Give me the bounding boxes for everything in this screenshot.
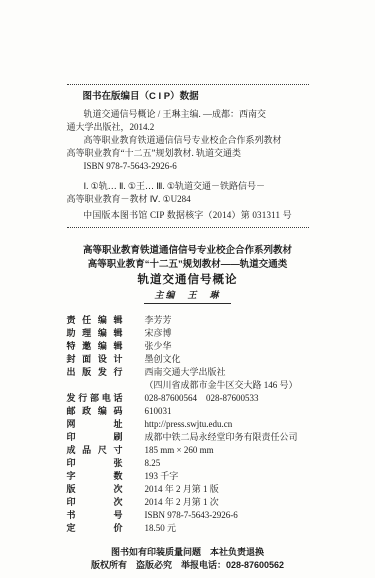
cip-heading: 图书在版编目（C I P）数据 <box>67 90 309 103</box>
dotted-divider-bottom <box>67 227 309 228</box>
spacer <box>67 173 309 180</box>
cip-classification-line: Ⅰ. ①轨… Ⅱ. ①王… Ⅲ. ①轨道交通－铁路信号－ <box>67 180 309 193</box>
colophon-label: 书号 <box>67 509 123 522</box>
colophon-row-cover-design: 封面设计 墨创文化 <box>67 353 309 366</box>
colophon-value: 185 mm × 260 mm <box>145 444 214 457</box>
page-content: 图书在版编目（C I P）数据 轨道交通信号概论 / 王琳主编. —成都：西南交… <box>67 0 309 572</box>
colophon-row-word-count: 字数 193 千字 <box>67 470 309 483</box>
chief-editor-line: 主编 王 琳 <box>144 289 230 304</box>
colophon-row-isbn: 书号 ISBN 978-7-5643-2926-6 <box>67 509 309 522</box>
copyright-notice: 版权所有 盗版必究 举报电话：028-87600562 <box>67 559 309 572</box>
colophon-value: 西南交通大学出版社 （四川省成都市金牛区交大路 146 号） <box>145 366 298 391</box>
colophon-value: ISBN 978-7-5643-2926-6 <box>145 509 238 522</box>
colophon-row-trim-size: 成品尺寸 185 mm × 260 mm <box>67 444 309 457</box>
colophon-value: 610031 <box>145 405 172 418</box>
colophon-row-postal-code: 邮政编码 610031 <box>67 405 309 418</box>
colophon-row-responsible-editor: 责任编辑 李芳芳 <box>67 314 309 327</box>
colophon-label: 印次 <box>67 496 123 509</box>
cip-box: 图书在版编目（C I P）数据 轨道交通信号概论 / 王琳主编. —成都：西南交… <box>67 84 309 228</box>
colophon-value: http://press.swjtu.edu.cn <box>145 418 233 431</box>
colophon-row-impression: 印次 2014 年 2 月第 1 次 <box>67 496 309 509</box>
colophon-value: 8.25 <box>145 457 161 470</box>
colophon-label: 印张 <box>67 457 123 470</box>
cip-isbn-line: ISBN 978-7-5643-2926-6 <box>67 160 309 173</box>
colophon-label: 封面设计 <box>67 353 123 366</box>
publisher-address: （四川省成都市金牛区交大路 146 号） <box>145 379 298 392</box>
series-line-2: 高等职业教育“十二五”规划教材——轨道交通类 <box>67 258 309 272</box>
colophon: 责任编辑 李芳芳 助理编辑 宋彦博 特邀编辑 张少华 封面设计 墨创文化 出版发… <box>67 314 309 534</box>
copyright-page: 图书在版编目（C I P）数据 轨道交通信号概论 / 王琳主编. —成都：西南交… <box>0 0 375 578</box>
colophon-label: 定价 <box>67 522 123 535</box>
series-block: 高等职业教育铁道通信信号专业校企合作系列教材 高等职业教育“十二五”规划教材——… <box>67 244 309 271</box>
colophon-row-assistant-editor: 助理编辑 宋彦博 <box>67 327 309 340</box>
colophon-row-edition: 版次 2014 年 2 月第 1 版 <box>67 483 309 496</box>
colophon-row-sales-phone: 发行部电话 028-87600564 028-87600533 <box>67 392 309 405</box>
colophon-row-price: 定价 18.50 元 <box>67 522 309 535</box>
colophon-label: 发行部电话 <box>67 392 123 405</box>
colophon-row-sheets: 印张 8.25 <box>67 457 309 470</box>
colophon-label: 助理编辑 <box>67 327 123 340</box>
publisher-name: 西南交通大学出版社 <box>145 366 298 379</box>
colophon-value: 18.50 元 <box>145 522 177 535</box>
cip-registry-line: 中国版本图书馆 CIP 数据核字（2014）第 031311 号 <box>67 209 309 222</box>
editor-line-wrap: 主编 王 琳 <box>67 289 309 304</box>
colophon-value: 张少华 <box>145 340 172 353</box>
colophon-value: 成都中铁二局永经堂印务有限责任公司 <box>145 431 298 444</box>
dotted-divider-top <box>67 84 309 85</box>
colophon-label: 出版发行 <box>67 366 123 379</box>
cip-record-line: 高等职业教育铁道通信信号专业校企合作系列教材 <box>67 134 309 147</box>
cip-record-line: 高等职业教育“十二五”规划教材. 轨道交通类 <box>67 147 309 160</box>
colophon-row-printer: 印刷 成都中铁二局永经堂印务有限责任公司 <box>67 431 309 444</box>
colophon-row-guest-editor: 特邀编辑 张少华 <box>67 340 309 353</box>
quality-notice: 图书如有印装质量问题 本社负责退换 <box>67 546 309 559</box>
colophon-label: 成品尺寸 <box>67 444 123 457</box>
colophon-value: 墨创文化 <box>145 353 181 366</box>
series-line-1: 高等职业教育铁道通信信号专业校企合作系列教材 <box>67 244 309 258</box>
colophon-value: 宋彦博 <box>145 327 172 340</box>
cip-classification-line: 高等职业教育－教材 Ⅳ. ①U284 <box>67 193 309 206</box>
colophon-value: 028-87600564 028-87600533 <box>145 392 259 405</box>
colophon-value: 2014 年 2 月第 1 版 <box>145 483 219 496</box>
colophon-label: 特邀编辑 <box>67 340 123 353</box>
colophon-label: 版次 <box>67 483 123 496</box>
colophon-value: 李芳芳 <box>145 314 172 327</box>
colophon-value: 2014 年 2 月第 1 次 <box>145 496 219 509</box>
colophon-row-website: 网址 http://press.swjtu.edu.cn <box>67 418 309 431</box>
colophon-label: 印刷 <box>67 431 123 444</box>
book-title: 轨道交通信号概论 <box>67 274 309 287</box>
colophon-value: 193 千字 <box>145 470 179 483</box>
cip-record-line: 通大学出版社，2014.2 <box>67 121 309 134</box>
colophon-label: 字数 <box>67 470 123 483</box>
colophon-label: 邮政编码 <box>67 405 123 418</box>
colophon-label: 网址 <box>67 418 123 431</box>
colophon-row-publisher: 出版发行 西南交通大学出版社 （四川省成都市金牛区交大路 146 号） <box>67 366 309 391</box>
cip-record-line: 轨道交通信号概论 / 王琳主编. —成都：西南交 <box>67 108 309 121</box>
colophon-label: 责任编辑 <box>67 314 123 327</box>
footer-notices: 图书如有印装质量问题 本社负责退换 版权所有 盗版必究 举报电话：028-876… <box>67 546 309 572</box>
